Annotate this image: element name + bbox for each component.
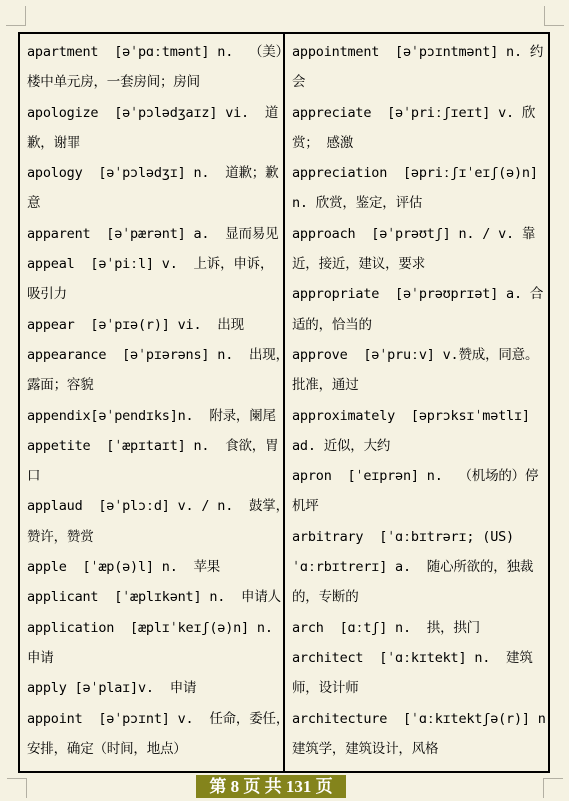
vocab-line: architecture [ˈɑːkɪtektʃə(r)] n. bbox=[292, 704, 546, 734]
vocab-line: 楼中单元房，一套房间；房间 bbox=[27, 67, 281, 97]
vocab-line: application [æplɪˈkeɪʃ(ə)n] n. bbox=[27, 613, 281, 643]
vocab-line: approach [əˈprəʊtʃ] n. / v. 靠 bbox=[292, 219, 546, 249]
vocab-line: appreciate [əˈpriːʃɪeɪt] v. 欣 bbox=[292, 98, 546, 128]
vocab-line: appeal [əˈpiːl] v. 上诉，申诉， bbox=[27, 249, 281, 279]
vocab-line: appreciation [əpriːʃɪˈeɪʃ(ə)n] bbox=[292, 158, 546, 188]
vocab-line: appoint [əˈpɔɪnt] v. 任命，委任， bbox=[27, 704, 281, 734]
vocab-line: 赞许，赞赏 bbox=[27, 522, 281, 552]
margin-mark-top-right bbox=[544, 6, 564, 26]
vocab-line: apologize [əˈpɔlədʒaɪz] vi. 道 bbox=[27, 98, 281, 128]
margin-mark-bottom-right bbox=[543, 778, 563, 798]
vocabulary-column-left: apartment [əˈpɑːtmənt] n. （美）楼中单元房，一套房间；… bbox=[20, 34, 285, 771]
page-number-field: 第 8 页 共 131 页 bbox=[196, 775, 346, 798]
vocab-line: applicant [ˈæplɪkənt] n. 申请人 bbox=[27, 582, 281, 612]
vocab-line: 近，接近，建议，要求 bbox=[292, 249, 546, 279]
margin-mark-bottom-left bbox=[7, 778, 27, 798]
vocab-line: appear [əˈpɪə(r)] vi. 出现 bbox=[27, 310, 281, 340]
vocab-line: 适的，恰当的 bbox=[292, 310, 546, 340]
vocab-line: 安排，确定（时间，地点） bbox=[27, 734, 281, 764]
vocab-line: appendix[əˈpendɪks]n. 附录，阑尾 bbox=[27, 401, 281, 431]
vocabulary-column-right: appointment [əˈpɔɪntmənt] n. 约会appreciat… bbox=[285, 34, 548, 771]
vocab-line: 建筑学，建筑设计，风格 bbox=[292, 734, 546, 764]
vocab-line: architect [ˈɑːkɪtekt] n. 建筑 bbox=[292, 643, 546, 673]
vocab-line: 口 bbox=[27, 461, 281, 491]
vocab-line: 申请 bbox=[27, 643, 281, 673]
vocab-line: ˈɑːrbɪtrerɪ] a. 随心所欲的，独裁 bbox=[292, 552, 546, 582]
margin-mark-top-left bbox=[6, 6, 26, 26]
vocab-line: 机坪 bbox=[292, 491, 546, 521]
vocab-line: 会 bbox=[292, 67, 546, 97]
vocab-line: arbitrary [ˈɑːbɪtrərɪ; (US) bbox=[292, 522, 546, 552]
vocab-line: appropriate [əˈprəʊprɪət] a. 合 bbox=[292, 279, 546, 309]
vocab-line: 批准，通过 bbox=[292, 370, 546, 400]
vocab-line: approximately [əprɔksɪˈmətlɪ] bbox=[292, 401, 546, 431]
vocab-line: applaud [əˈplɔːd] v. / n. 鼓掌， bbox=[27, 491, 281, 521]
vocab-line: 吸引力 bbox=[27, 279, 281, 309]
vocab-line: 歉，谢罪 bbox=[27, 128, 281, 158]
vocabulary-table: apartment [əˈpɑːtmənt] n. （美）楼中单元房，一套房间；… bbox=[18, 32, 550, 773]
vocab-line: apology [əˈpɔlədʒɪ] n. 道歉；歉 bbox=[27, 158, 281, 188]
vocab-line: apartment [əˈpɑːtmənt] n. （美） bbox=[27, 37, 281, 67]
vocab-line: ad. 近似，大约 bbox=[292, 431, 546, 461]
vocab-line: apron [ˈeɪprən] n. （机场的）停 bbox=[292, 461, 546, 491]
vocab-line: 师，设计师 bbox=[292, 673, 546, 703]
vocab-line: arch [ɑːtʃ] n. 拱，拱门 bbox=[292, 613, 546, 643]
vocab-line: 露面；容貌 bbox=[27, 370, 281, 400]
vocab-line: appointment [əˈpɔɪntmənt] n. 约 bbox=[292, 37, 546, 67]
vocab-line: appearance [əˈpɪərəns] n. 出现， bbox=[27, 340, 281, 370]
vocab-line: approve [əˈpruːv] v.赞成，同意。 bbox=[292, 340, 546, 370]
vocab-line: 赏； 感激 bbox=[292, 128, 546, 158]
vocab-line: 意 bbox=[27, 188, 281, 218]
document-page: apartment [əˈpɑːtmənt] n. （美）楼中单元房，一套房间；… bbox=[0, 0, 569, 801]
vocab-line: 的，专断的 bbox=[292, 582, 546, 612]
vocab-line: appetite [ˈæpɪtaɪt] n. 食欲，胃 bbox=[27, 431, 281, 461]
vocab-line: apple [ˈæp(ə)l] n. 苹果 bbox=[27, 552, 281, 582]
vocab-line: apparent [əˈpærənt] a. 显而易见 bbox=[27, 219, 281, 249]
vocab-line: n. 欣赏，鉴定，评估 bbox=[292, 188, 546, 218]
vocab-line: apply [əˈplaɪ]v. 申请 bbox=[27, 673, 281, 703]
